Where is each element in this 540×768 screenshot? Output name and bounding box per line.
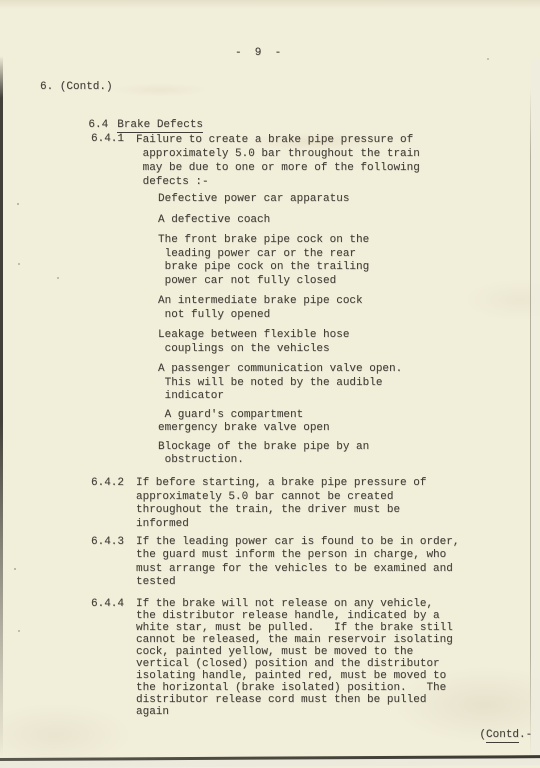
defect-item: An intermediate brake pipe cock not full… — [158, 295, 468, 322]
page-number: - 9 - — [235, 47, 281, 59]
scan-right-margin — [531, 60, 540, 760]
subsection-number: 6.4.1 — [91, 133, 124, 145]
defect-item: A guard's compartment emergency brake va… — [158, 409, 468, 436]
footer-contd-label: Contd — [486, 729, 519, 743]
scanned-page: - 9 - 6. (Contd.) 6.4Brake Defects 6.4.1… — [0, 0, 540, 768]
subsection-644: 6.4.4 If the brake will not release on a… — [91, 598, 453, 718]
defect-item: A defective coach — [158, 214, 468, 228]
paper-right-edge — [530, 88, 531, 758]
footer-continuation: (Contd.- — [453, 717, 532, 753]
defect-item: A passenger communication valve open. Th… — [158, 363, 468, 404]
section-number: 6.4 — [88, 119, 108, 131]
subsection-number: 6.4.2 — [91, 477, 124, 489]
subsection-number: 6.4.3 — [91, 536, 124, 548]
scan-left-edge — [0, 56, 3, 758]
section-title: Brake Defects — [117, 119, 203, 133]
subsection-number: 6.4.4 — [91, 598, 124, 610]
subsection-641: 6.4.1 Failure to create a brake pipe pre… — [91, 133, 420, 189]
subsection-text: If the leading power car is found to be … — [136, 536, 459, 589]
defect-item: Defective power car apparatus — [158, 193, 468, 207]
defect-item: Leakage between flexible hose couplings … — [158, 329, 468, 356]
subsection-643: 6.4.3 If the leading power car is found … — [91, 536, 459, 589]
defect-item: The front brake pipe cock on the leading… — [158, 234, 468, 288]
scan-specks — [0, 0, 2, 2]
subsection-text: Failure to create a brake pipe pressure … — [136, 133, 420, 189]
subsection-text: If the brake will not release on any veh… — [136, 598, 453, 718]
subsection-642: 6.4.2 If before starting, a brake pipe p… — [91, 477, 426, 531]
subsection-text: If before starting, a brake pipe pressur… — [136, 477, 426, 531]
defect-item: Blockage of the brake pipe by an obstruc… — [158, 441, 468, 468]
defect-list: Defective power car apparatus A defectiv… — [158, 193, 468, 475]
continuation-note: 6. (Contd.) — [40, 81, 113, 93]
